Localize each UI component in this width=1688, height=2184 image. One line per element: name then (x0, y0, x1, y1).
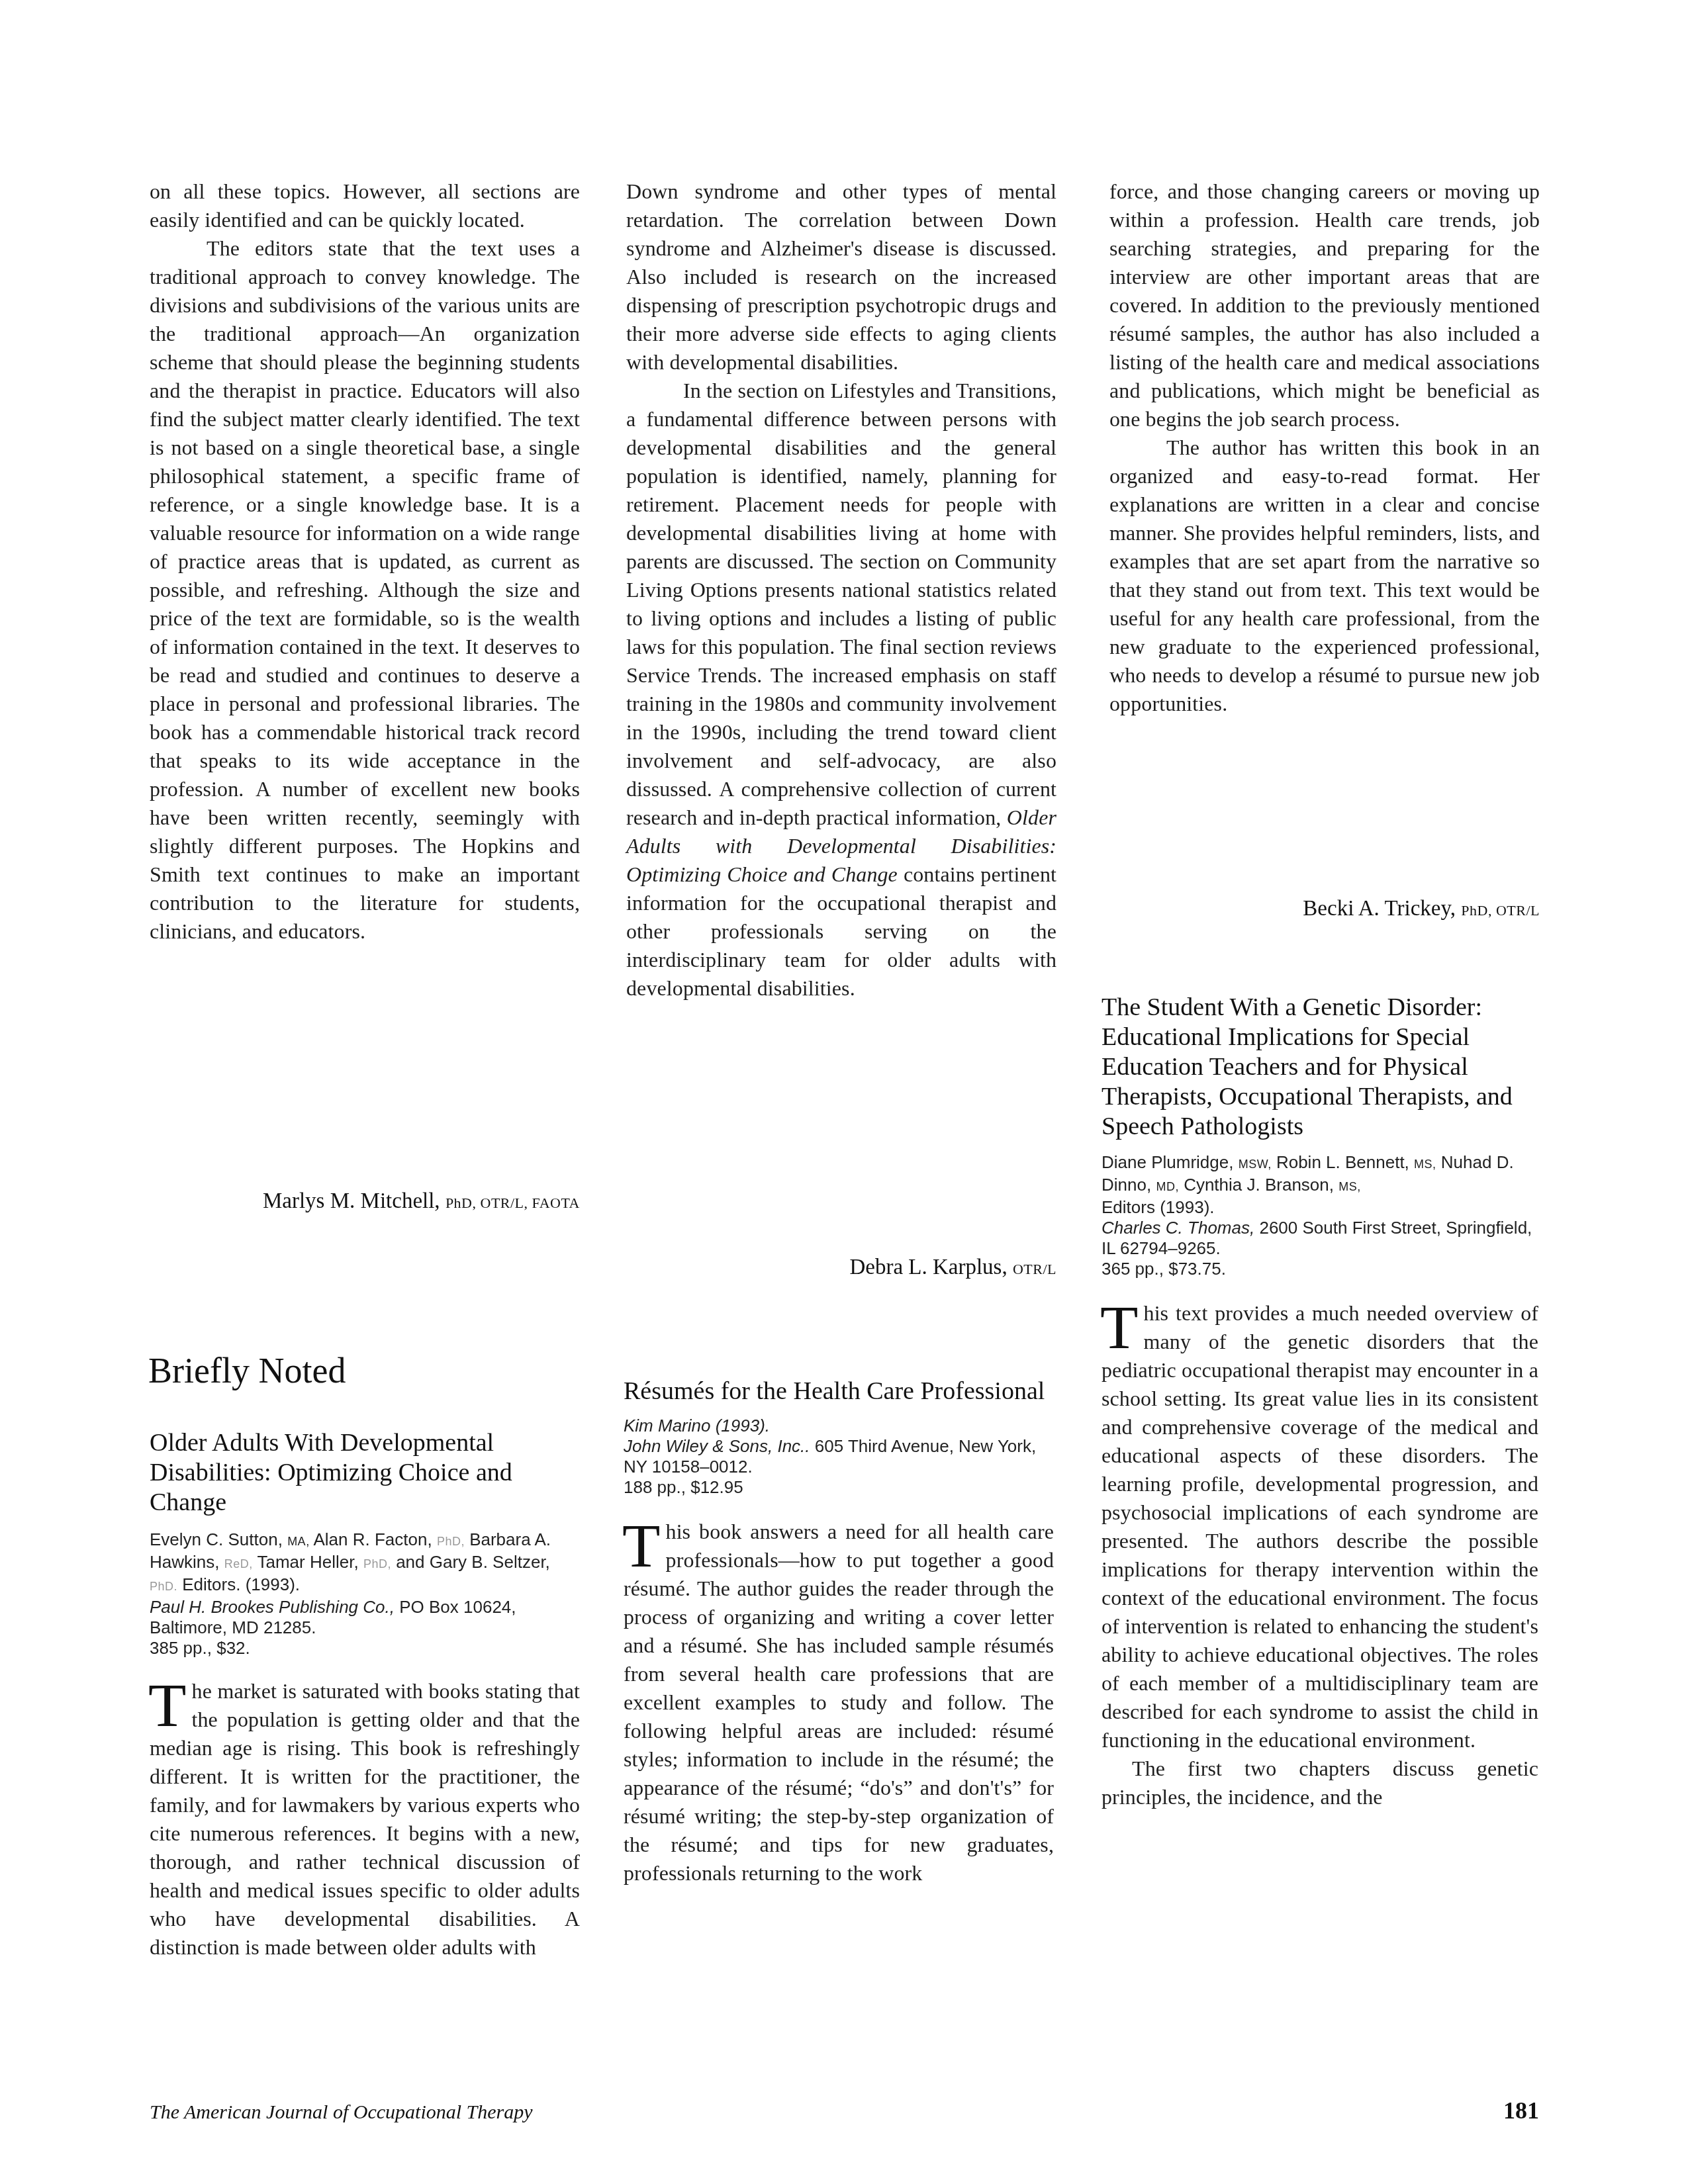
review3-paragraph: force, and those changing careers or mov… (1109, 177, 1540, 433)
reviewer-name: Marlys M. Mitchell, (263, 1189, 440, 1213)
book-review-body: T he market is saturated with books stat… (150, 1677, 580, 1962)
reviewer-signature: Debra L. Karplus, OTR/L (626, 1252, 1056, 1285)
journal-name-footer: The American Journal of Occupational The… (150, 2101, 533, 2124)
publisher: Charles C. Thomas, (1102, 1218, 1254, 1238)
editor-name: Diane Plumridge, (1102, 1152, 1233, 1172)
publisher: Paul H. Brookes Publishing Co., (150, 1597, 395, 1617)
book-review-body: T his book answers a need for all health… (624, 1518, 1054, 1888)
drop-cap: T (148, 1681, 187, 1730)
book-citation: Evelyn C. Sutton, MA, Alan R. Facton, Ph… (150, 1529, 580, 1659)
editor-name: Robin L. Bennett, (1276, 1152, 1409, 1172)
review1-paragraph: The editors state that the text uses a t… (150, 234, 580, 946)
review2-paragraph: Down syndrome and other types of mental … (626, 177, 1056, 377)
author-year: Kim Marino (1993). (624, 1416, 770, 1435)
editor-degree: PhD. (150, 1580, 177, 1593)
editors-suffix: Editors (1993). (1102, 1197, 1215, 1217)
editor-degree: MS, (1338, 1180, 1361, 1193)
reviewer-name: Becki A. Trickey, (1303, 897, 1456, 921)
review-paragraph: The first two chapters discuss genetic p… (1102, 1754, 1538, 1811)
review-text: his text provides a much needed overview… (1102, 1301, 1538, 1752)
page-number: 181 (1473, 2097, 1539, 2124)
editors-suffix: Editors. (1993). (182, 1574, 300, 1594)
editor-name: Cynthia J. Branson, (1184, 1175, 1334, 1195)
book-title: The Student With a Genetic Disorder: Edu… (1102, 993, 1538, 1142)
reviewer-signature: Becki A. Trickey, PhD, OTR/L (1109, 893, 1540, 926)
section-heading-briefly-noted: Briefly Noted (148, 1350, 346, 1391)
editor-degree: PhD, (437, 1535, 465, 1548)
reviewer-credentials: PhD, OTR/L, FAOTA (445, 1195, 580, 1211)
pages-price: 385 pp., $32. (150, 1638, 250, 1658)
editor-degree: ReD, (224, 1557, 253, 1570)
drop-cap: T (622, 1522, 661, 1570)
review1-paragraph: on all these topics. However, all sectio… (150, 177, 580, 234)
briefly-noted-item-resumes: Résumés for the Health Care Professional… (624, 1377, 1054, 1888)
review-text: he market is saturated with books statin… (150, 1679, 580, 1959)
editor-degree: MD, (1156, 1180, 1179, 1193)
review2-paragraph: In the section on Lifestyles and Transit… (626, 377, 1056, 1003)
publisher: John Wiley & Sons, Inc.. (624, 1436, 810, 1456)
book-title: Older Adults With Developmental Disabili… (150, 1428, 580, 1518)
reviewer-credentials: PhD, OTR/L (1461, 902, 1540, 919)
pages-price: 365 pp., $73.75. (1102, 1259, 1226, 1279)
editor-degree: MS, (1414, 1158, 1436, 1171)
review2-text: In the section on Lifestyles and Transit… (626, 379, 1056, 829)
drop-cap: T (1100, 1303, 1139, 1352)
book-citation: Kim Marino (1993). John Wiley & Sons, In… (624, 1416, 1054, 1498)
editor-degree: MA, (287, 1535, 310, 1548)
book-review-body: T his text provides a much needed overvi… (1102, 1299, 1538, 1811)
review1-continued: on all these topics. However, all sectio… (150, 177, 580, 946)
editor-name: Alan R. Facton, (313, 1529, 432, 1549)
briefly-noted-item-genetic-disorder: The Student With a Genetic Disorder: Edu… (1102, 993, 1538, 1811)
reviewer-credentials: OTR/L (1013, 1261, 1056, 1277)
editor-degree: PhD, (363, 1557, 391, 1570)
reviewer-name: Debra L. Karplus, (849, 1255, 1007, 1279)
review-text: his book answers a need for all health c… (624, 1520, 1054, 1885)
editor-name: Tamar Heller, (258, 1552, 359, 1572)
review2-continued: Down syndrome and other types of mental … (626, 177, 1056, 1003)
briefly-noted-item-older-adults: Older Adults With Developmental Disabili… (150, 1428, 580, 1962)
editor-name: and Gary B. Seltzer, (396, 1552, 550, 1572)
editor-name: Evelyn C. Sutton, (150, 1529, 283, 1549)
reviewer-signature: Marlys M. Mitchell, PhD, OTR/L, FAOTA (150, 1186, 580, 1218)
editor-degree: MSW, (1239, 1158, 1272, 1171)
pages-price: 188 pp., $12.95 (624, 1477, 743, 1497)
review-paragraph: T his text provides a much needed overvi… (1102, 1299, 1538, 1754)
book-citation: Diane Plumridge, MSW, Robin L. Bennett, … (1102, 1152, 1538, 1279)
book-title: Résumés for the Health Care Professional (624, 1377, 1054, 1406)
review3-continued: force, and those changing careers or mov… (1109, 177, 1540, 718)
review3-paragraph: The author has written this book in an o… (1109, 433, 1540, 718)
